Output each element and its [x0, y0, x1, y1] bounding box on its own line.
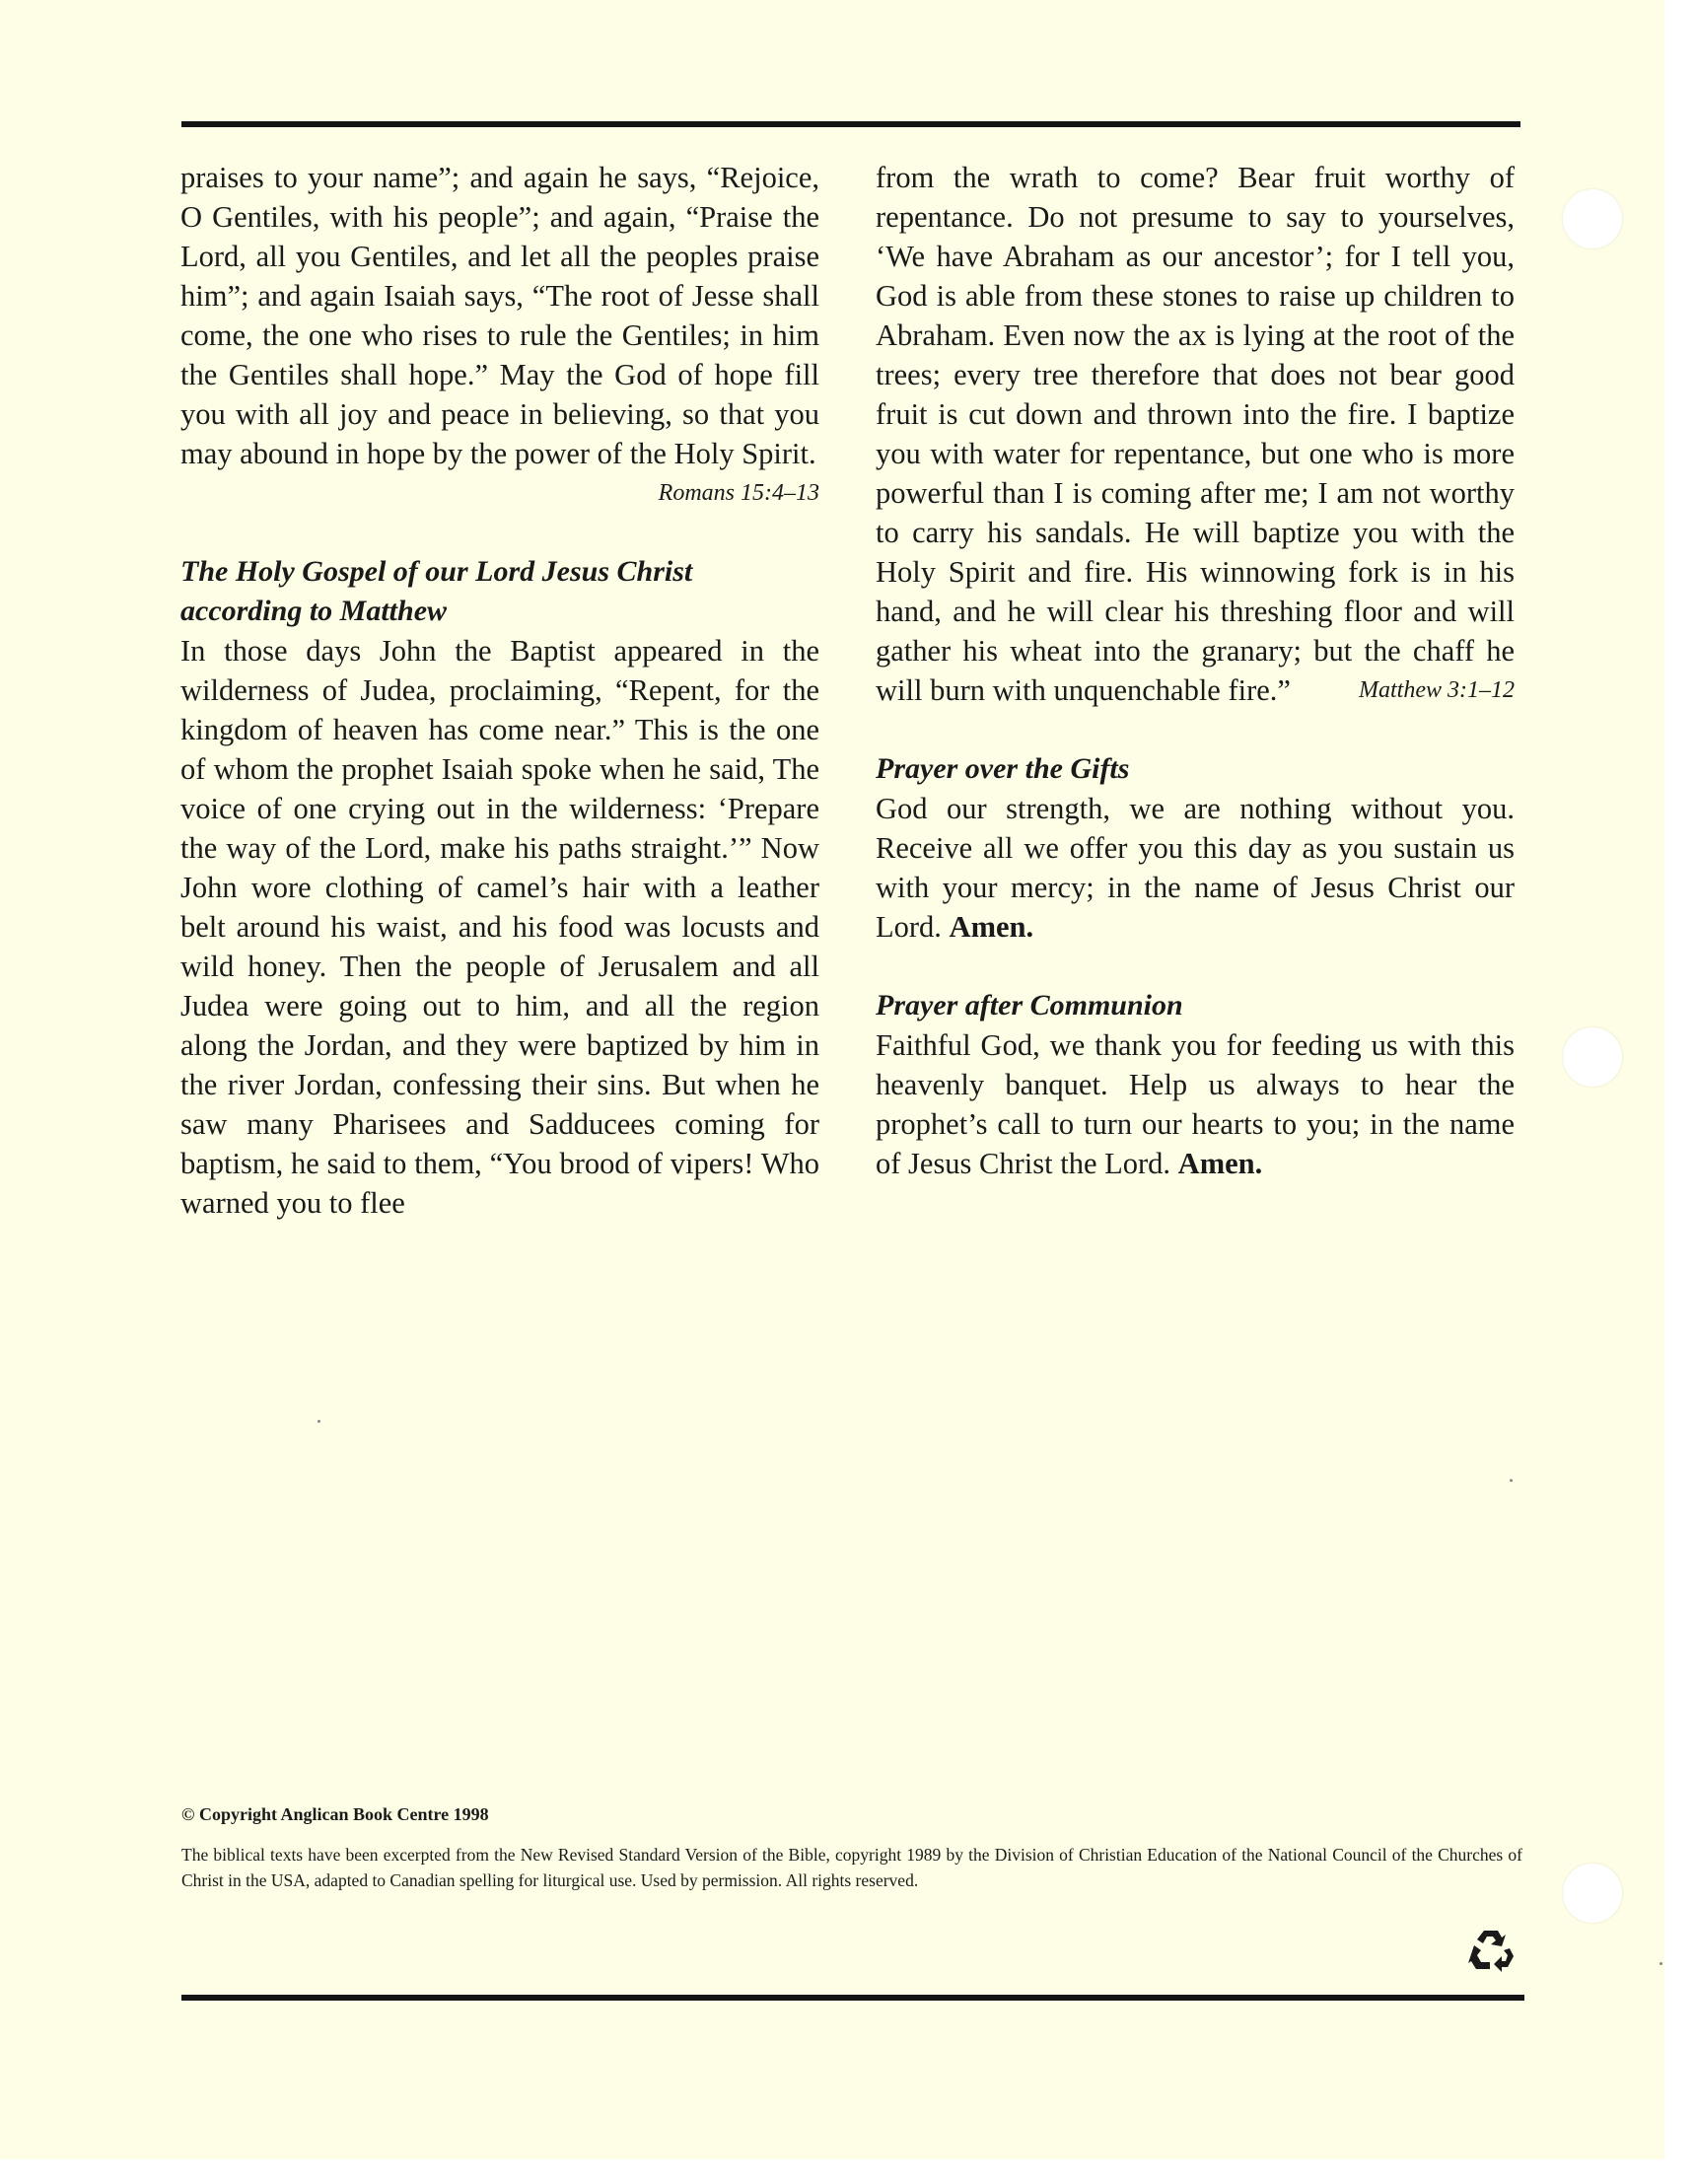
left-column: praises to your name”; and again he says…	[180, 158, 819, 1223]
copyright-line: © Copyright Anglican Book Centre 1998	[181, 1802, 1522, 1826]
scan-speck	[1510, 1479, 1513, 1482]
romans-text: praises to your name”; and again he says…	[180, 161, 819, 470]
gospel-text: In those days John the Baptist appeared …	[180, 631, 819, 1223]
bottom-rule	[181, 1995, 1524, 2001]
prayer-over-gifts-section: Prayer over the Gifts God our strength, …	[876, 749, 1515, 947]
scan-speck	[318, 1420, 320, 1423]
gospel-heading: The Holy Gospel of our Lord Jesus Christ…	[180, 552, 819, 631]
prayer-after-communion-heading: Prayer after Communion	[876, 986, 1515, 1025]
gospel-heading-line2: according to Matthew	[180, 595, 447, 627]
gospel-heading-line1: The Holy Gospel of our Lord Jesus Christ	[180, 555, 692, 588]
prayer-over-gifts-amen: Amen.	[950, 910, 1034, 944]
punch-hole-middle	[1563, 1027, 1622, 1087]
romans-reference: Romans 15:4–13	[659, 473, 819, 513]
gospel-section: The Holy Gospel of our Lord Jesus Christ…	[180, 552, 819, 1223]
scan-speck	[1660, 1962, 1662, 1965]
prayer-over-gifts-body: God our strength, we are nothing without…	[876, 789, 1515, 947]
romans-reading: praises to your name”; and again he says…	[180, 158, 819, 473]
prayer-after-communion-section: Prayer after Communion Faithful God, we …	[876, 986, 1515, 1183]
gospel-continuation-text: from the wrath to come? Bear fruit worth…	[876, 161, 1515, 707]
matthew-reference: Matthew 3:1–12	[1359, 670, 1515, 710]
punch-hole-top	[1563, 189, 1622, 248]
document-page: praises to your name”; and again he says…	[0, 0, 1664, 2159]
right-column: from the wrath to come? Bear fruit worth…	[876, 158, 1515, 1183]
punch-hole-bottom	[1563, 1864, 1622, 1923]
permission-notice: The biblical texts have been excerpted f…	[181, 1842, 1522, 1893]
footer: © Copyright Anglican Book Centre 1998 Th…	[181, 1802, 1522, 1893]
prayer-after-communion-amen: Amen.	[1178, 1147, 1263, 1180]
gospel-continuation: from the wrath to come? Bear fruit worth…	[876, 158, 1515, 710]
recycle-icon	[1466, 1925, 1516, 1974]
top-rule	[181, 121, 1520, 127]
prayer-after-communion-body: Faithful God, we thank you for feeding u…	[876, 1025, 1515, 1183]
prayer-over-gifts-heading: Prayer over the Gifts	[876, 749, 1515, 789]
